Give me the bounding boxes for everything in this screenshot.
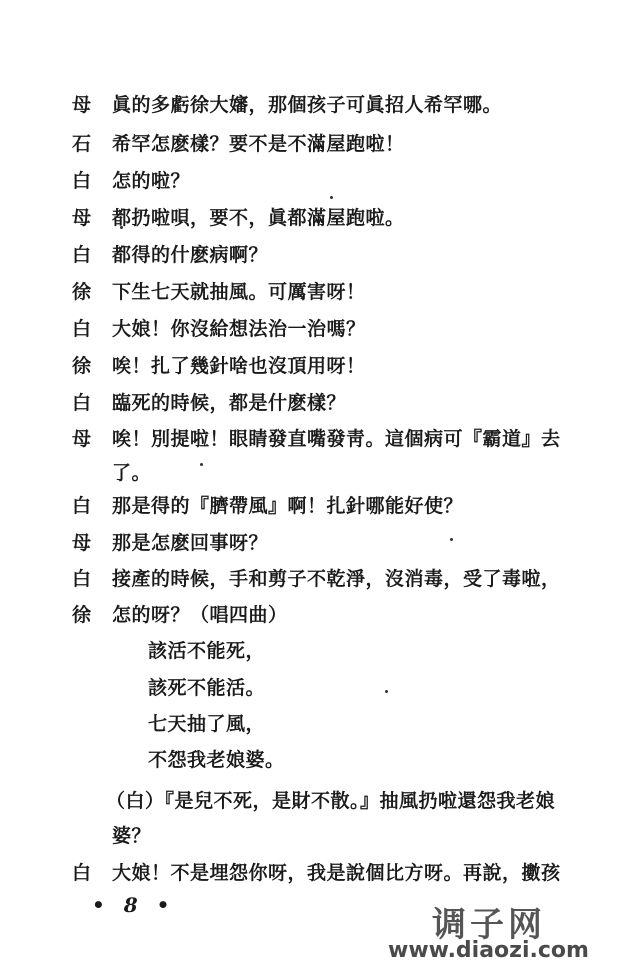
dialogue-text: 怎的呀？（唱四曲） <box>112 600 288 627</box>
dialogue-text: 大娘！不是埋怨你呀，我是說個比方呀。再說，擻孩 <box>112 858 561 885</box>
speaker-label: 徐 <box>72 600 112 627</box>
dialogue-line: 石 希罕怎麽樣？要不是不滿屋跑啦！ <box>72 126 405 158</box>
dialogue-text: 接產的時候，手和剪子不乾淨，沒消毒，受了毒啦， <box>112 564 561 591</box>
speaker-label: 白 <box>72 240 112 267</box>
speaker-label: 母 <box>72 90 112 117</box>
scan-speck <box>450 538 453 541</box>
speaker-label: 白 <box>72 564 112 591</box>
dialogue-line: 白 接產的時候，手和剪子不乾淨，沒消毒，受了毒啦， <box>72 561 561 593</box>
scanned-page: 母 眞的多虧徐大嬸，那個孩子可眞招人希罕哪。 石 希罕怎麽樣？要不是不滿屋跑啦！… <box>0 0 640 971</box>
scan-speck <box>200 463 203 466</box>
speaker-label: 母 <box>72 424 112 451</box>
verse-line: 不怨我老娘婆。 <box>148 742 285 774</box>
dialogue-text: 大娘！你沒給想法治一治嗎？ <box>112 314 366 341</box>
speaker-label: 白 <box>72 314 112 341</box>
dialogue-line: 白 大娘！不是埋怨你呀，我是說個比方呀。再說，擻孩 <box>72 855 561 887</box>
dialogue-line: 白 怎的啦？ <box>72 163 190 195</box>
verse-line: 該死不能活。 <box>148 670 265 702</box>
speaker-label: 白 <box>72 858 112 885</box>
verse-line: 七天抽了風， <box>148 706 265 738</box>
dialogue-line: 徐 唉！扎了幾針啥也沒頂用呀！ <box>72 348 366 380</box>
dialogue-text: 了。 <box>112 458 151 485</box>
dialogue-text: 那是得的『臍帶風』啊！扎針哪能好使？ <box>112 491 463 518</box>
dialogue-text: 希罕怎麽樣？要不是不滿屋跑啦！ <box>112 129 405 156</box>
speaker-label: 白 <box>72 388 112 415</box>
scan-speck <box>330 196 333 199</box>
dialogue-line: 白 都得的什麽病啊？ <box>72 237 268 269</box>
dialogue-line: 白 臨死的時候，都是什麽樣？ <box>72 385 346 417</box>
spoken-line: （白）『是兒不死，是財不散。』抽風扔啦還怨我老娘 <box>106 783 555 815</box>
dialogue-text: 唉！扎了幾針啥也沒頂用呀！ <box>112 351 366 378</box>
dialogue-text: 眞的多虧徐大嬸，那個孩子可眞招人希罕哪。 <box>112 90 502 117</box>
spoken-line: 婆？ <box>112 818 151 850</box>
speaker-label: 白 <box>72 491 112 518</box>
scan-speck <box>120 226 123 229</box>
dialogue-line: 白 那是得的『臍帶風』啊！扎針哪能好使？ <box>72 488 463 520</box>
scan-speck <box>385 690 388 693</box>
dialogue-text: 唉！別提啦！眼睛發直嘴發靑。這個病可『霸道』去 <box>112 424 561 451</box>
dialogue-continuation: 了。 <box>112 455 151 487</box>
speaker-label: 石 <box>72 129 112 156</box>
dialogue-text: 都得的什麽病啊？ <box>112 240 268 267</box>
speaker-label: 徐 <box>72 277 112 304</box>
speaker-label: 白 <box>72 166 112 193</box>
dialogue-line: 母 唉！別提啦！眼睛發直嘴發靑。這個病可『霸道』去 <box>72 421 561 453</box>
verse-line: 該活不能死， <box>148 633 265 665</box>
speaker-label: 徐 <box>72 351 112 378</box>
dialogue-line: 徐 怎的呀？（唱四曲） <box>72 597 288 629</box>
dialogue-line: 白 大娘！你沒給想法治一治嗎？ <box>72 311 366 343</box>
dialogue-text: 臨死的時候，都是什麽樣？ <box>112 388 346 415</box>
dialogue-line: 徐 下生七天就抽風。可厲害呀！ <box>72 274 366 306</box>
dialogue-text: 下生七天就抽風。可厲害呀！ <box>112 277 366 304</box>
page-number: • 8 • <box>92 893 175 917</box>
watermark-url: www.diaozi.com <box>388 938 589 963</box>
speaker-label: 母 <box>72 528 112 555</box>
dialogue-text: 都扔啦唄，要不，眞都滿屋跑啦。 <box>112 203 405 230</box>
dialogue-text: 怎的啦？ <box>112 166 190 193</box>
speaker-label: 母 <box>72 203 112 230</box>
dialogue-line: 母 那是怎麽回事呀？ <box>72 525 268 557</box>
dialogue-text: 那是怎麽回事呀？ <box>112 528 268 555</box>
dialogue-line: 母 眞的多虧徐大嬸，那個孩子可眞招人希罕哪。 <box>72 87 502 119</box>
